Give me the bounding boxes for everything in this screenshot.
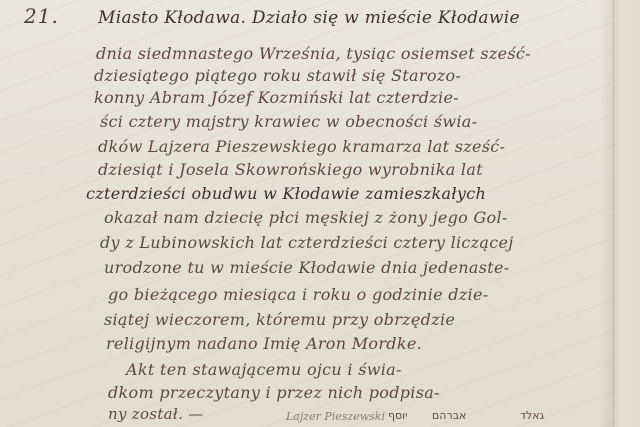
page-gutter-shadow	[600, 0, 613, 427]
record-line-12: go bieżącego miesiąca i roku o godzinie …	[108, 285, 488, 304]
record-line-8: czterdzieści obudwu w Kłodawie zamieszka…	[86, 184, 486, 203]
signature-hebrew-3: גאלד	[520, 409, 544, 422]
signature-lajzer-pieszewski: Lajzer Pieszewski	[286, 410, 385, 423]
entry-number: 21.	[24, 4, 59, 28]
adjacent-page-edge	[613, 0, 640, 427]
record-line-7: dziesiąt i Josela Skowrońskiego wyrobnik…	[98, 160, 483, 179]
record-line-4: konny Abram Józef Kozmiński lat czterdzi…	[94, 88, 459, 107]
record-line-17: ny został. —	[108, 405, 204, 423]
record-line-14: religijnym nadano Imię Aron Mordke.	[106, 334, 422, 353]
record-line-11: urodzone tu w mieście Kłodawie dnia jede…	[104, 258, 509, 277]
record-line-10: dy z Lubinowskich lat czterdzieści czter…	[100, 233, 514, 252]
record-line-6: dków Lajzera Pieszewskiego kramarza lat …	[98, 137, 505, 156]
signature-hebrew-1: יוסף	[388, 409, 408, 422]
record-line-16: dkom przeczytany i przez nich podpisa-	[108, 383, 440, 402]
record-line-5: ści cztery majstry krawiec w obecności ś…	[100, 112, 477, 131]
record-line-13: siątej wieczorem, któremu przy obrzędzie	[104, 310, 455, 329]
signature-hebrew-2: אברהם	[432, 409, 466, 422]
record-line-1: Miasto Kłodawa. Działo się w mieście Kło…	[98, 8, 520, 28]
record-line-3: dziesiątego piątego roku stawił się Star…	[94, 66, 461, 85]
record-line-9: okazał nam dziecię płci męskiej z żony j…	[104, 208, 508, 227]
record-line-2: dnia siedmnastego Września, tysiąc osiem…	[96, 44, 531, 63]
record-line-15: Akt ten stawającemu ojcu i świa-	[126, 360, 402, 379]
